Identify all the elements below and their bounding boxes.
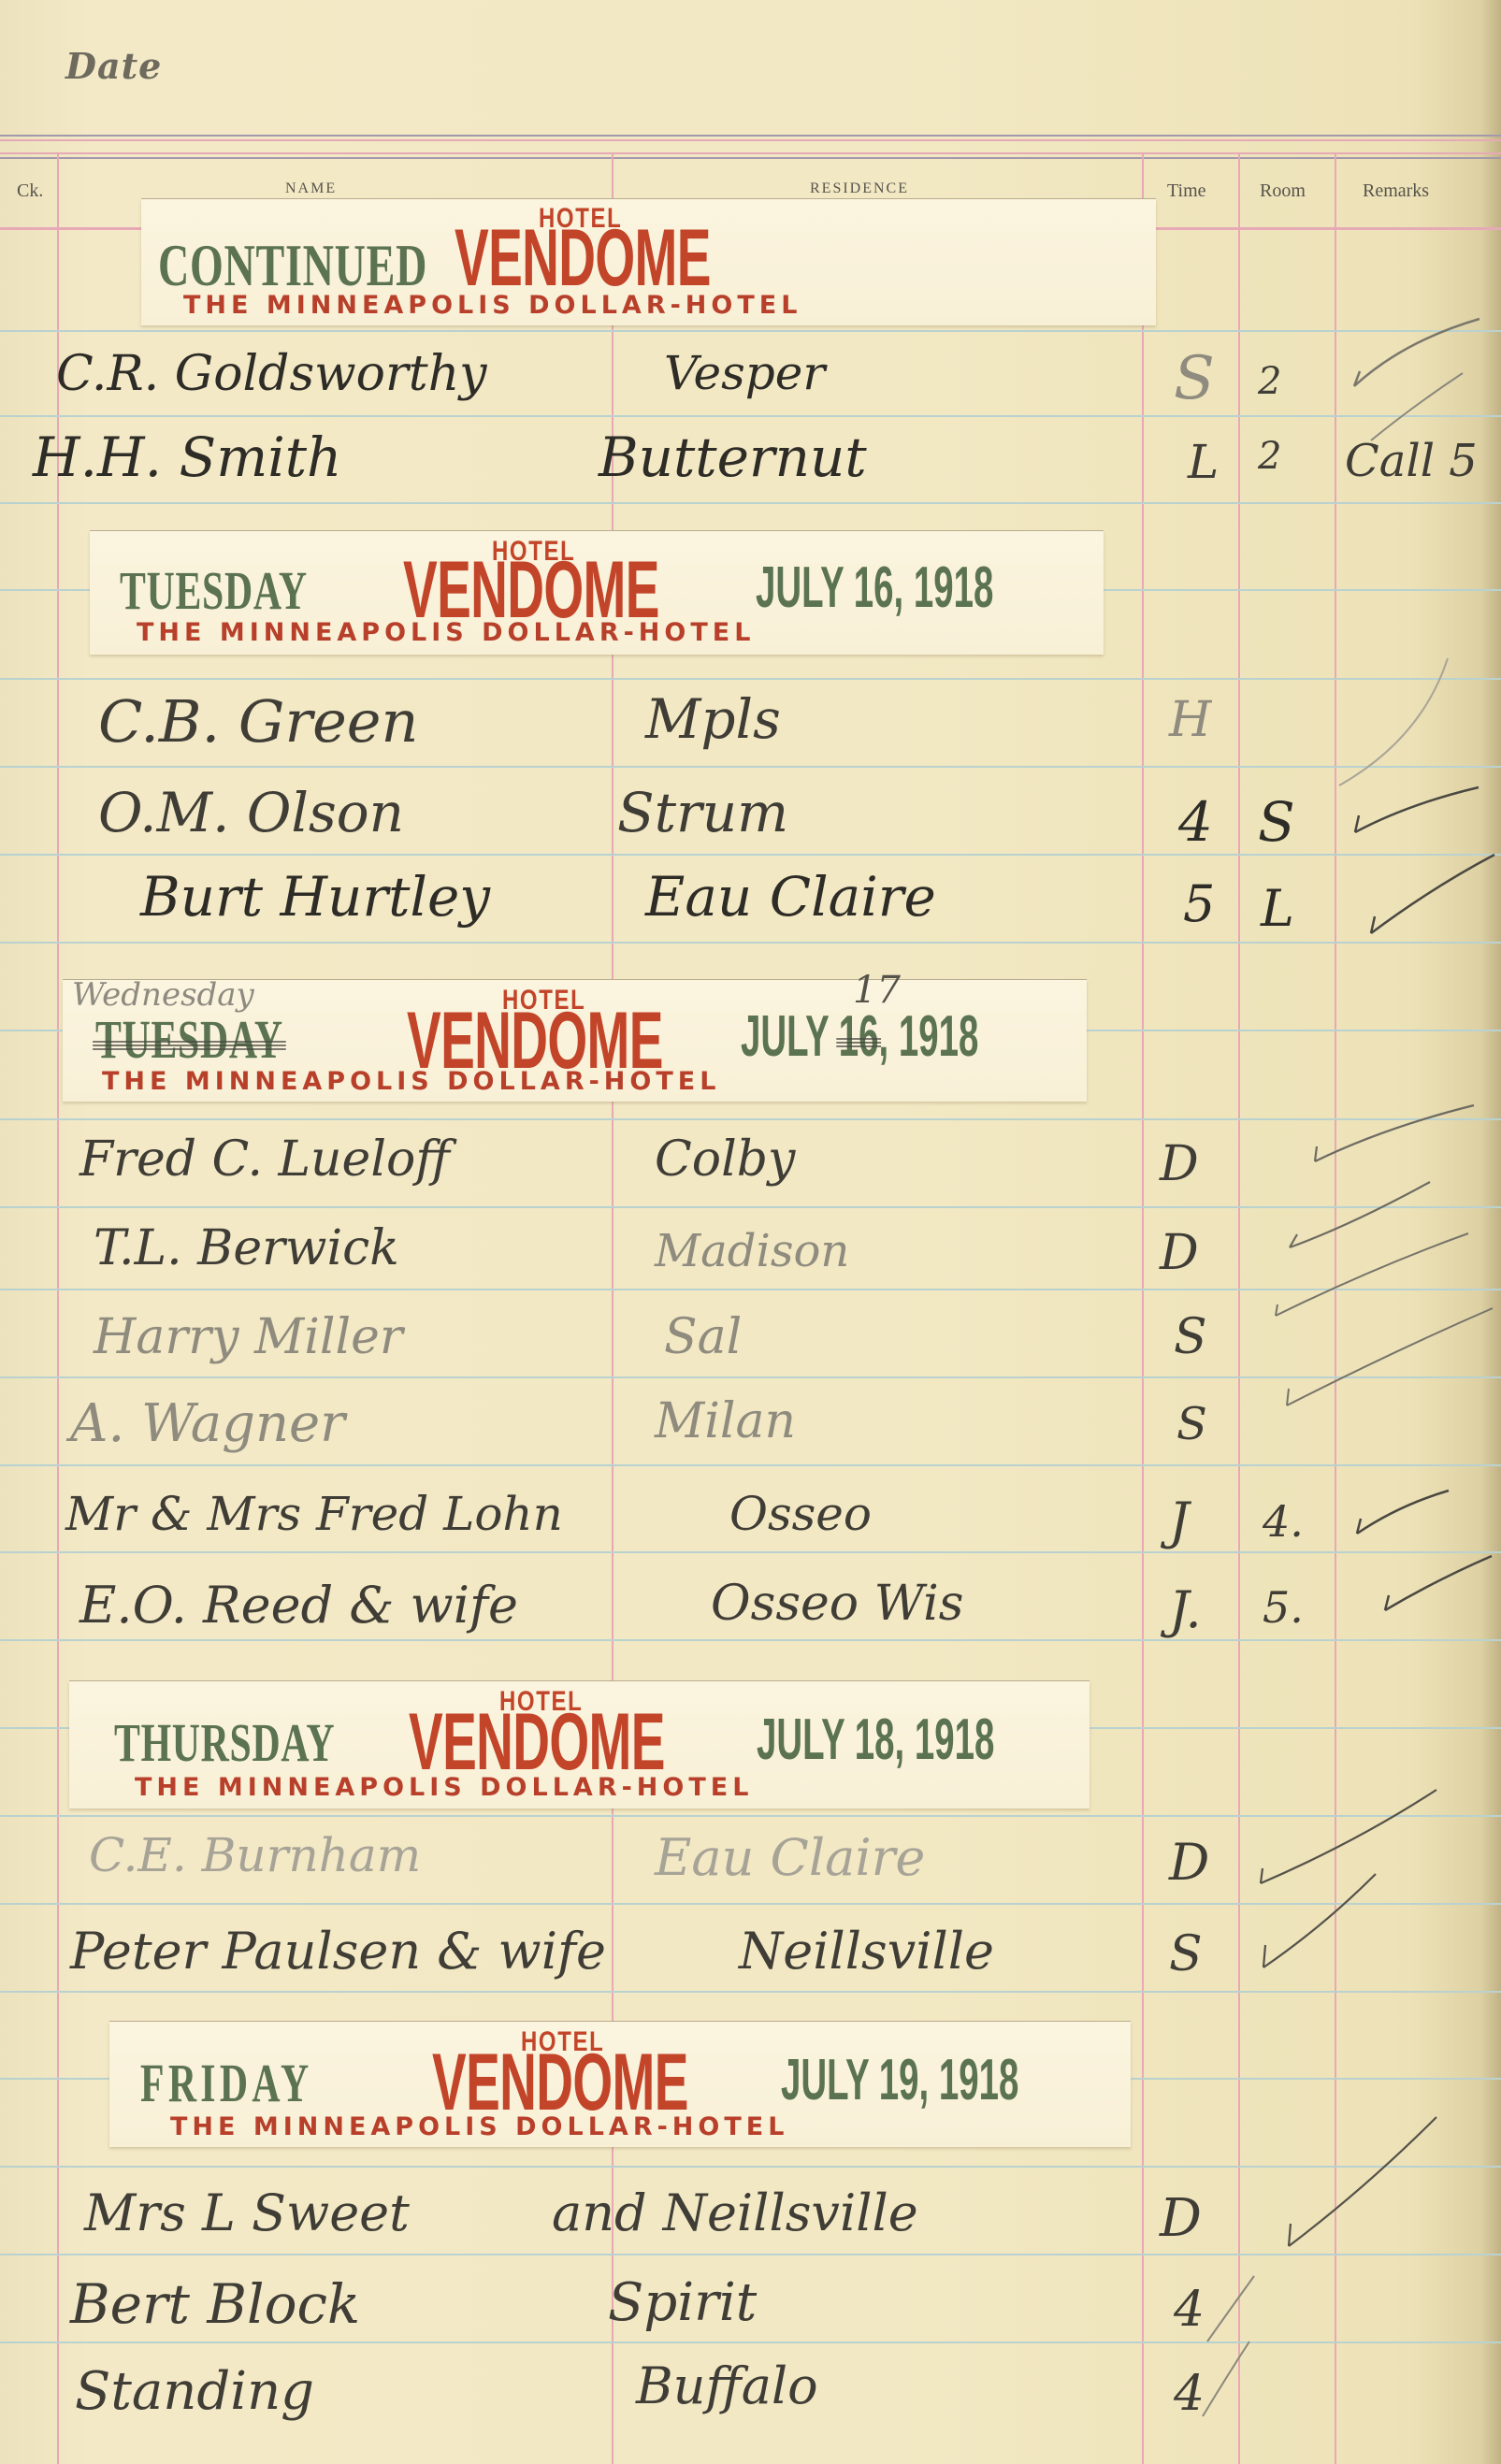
header-rule xyxy=(0,152,1501,154)
entry-residence: Mpls xyxy=(645,687,781,751)
entry-residence: Osseo xyxy=(729,1487,872,1541)
column-header-name: NAME xyxy=(285,180,337,197)
entry-name: C.R. Goldsworthy xyxy=(56,346,487,402)
stamp-day-struck: TUESDAY xyxy=(95,1008,283,1071)
entry-time: H xyxy=(1169,692,1211,748)
stamp-brand: VENDOME xyxy=(409,1702,665,1782)
column-divider xyxy=(1142,154,1144,2464)
stamp-date: JULY 19, 1918 xyxy=(781,2047,1018,2113)
entry-time: 4 xyxy=(1174,2282,1205,2338)
entry-name: Bert Block xyxy=(70,2272,360,2336)
stamp-thursday: THURSDAY HOTEL VENDOME JULY 18, 1918 THE… xyxy=(69,1681,1090,1808)
check-mark-icon xyxy=(1351,1487,1454,1543)
entry-room: S xyxy=(1258,790,1295,854)
entry-residence: Vesper xyxy=(664,346,825,400)
entry-time: J xyxy=(1169,1491,1190,1550)
entry-residence: Osseo Wis xyxy=(711,1576,963,1632)
entry-room: 2 xyxy=(1258,360,1281,403)
entry-residence: Colby xyxy=(655,1131,795,1188)
stamp-continued: CONTINUED HOTEL VENDOME THE MINNEAPOLIS … xyxy=(141,199,1156,325)
stamp-brand: VENDOME xyxy=(455,218,711,298)
stamp-tagline: THE MINNEAPOLIS DOLLAR-HOTEL xyxy=(102,1067,720,1096)
header-rule xyxy=(0,157,1501,159)
entry-residence: Milan xyxy=(655,1393,796,1449)
column-header-time: Time xyxy=(1167,180,1206,202)
entry-time: D xyxy=(1160,1225,1199,1281)
entry-residence: Spirit xyxy=(608,2272,757,2333)
entry-residence: Butternut xyxy=(599,425,867,489)
entry-room: 4. xyxy=(1263,1496,1304,1547)
check-mark-icon xyxy=(1281,2113,1440,2254)
stamp-wednesday: Wednesday TUESDAY HOTEL VENDOME JULY 16,… xyxy=(63,980,1087,1102)
entry-time: J. xyxy=(1169,1580,1202,1639)
date-struck: 16 xyxy=(839,1004,879,1069)
entry-time: S xyxy=(1169,1926,1203,1982)
stamp-date: JULY 16, 1918 xyxy=(741,1003,978,1070)
entry-room: L xyxy=(1261,879,1294,938)
stamp-tagline: THE MINNEAPOLIS DOLLAR-HOTEL xyxy=(183,291,801,320)
entry-name: Mr & Mrs Fred Lohn xyxy=(65,1487,563,1541)
entry-residence: Neillsville xyxy=(739,1922,994,1981)
check-mark-icon xyxy=(1365,851,1496,940)
check-mark-icon xyxy=(1309,1103,1478,1169)
date-correction-pencil: 17 xyxy=(853,969,901,1012)
header-rule xyxy=(0,135,1501,137)
entry-name: H.H. Smith xyxy=(33,425,341,489)
check-mark-icon xyxy=(1258,1870,1379,1973)
entry-name: C.B. Green xyxy=(98,687,418,756)
column-header-room: Room xyxy=(1260,180,1306,202)
entry-residence: Madison xyxy=(655,1225,849,1277)
check-mark-icon xyxy=(1197,2338,1253,2422)
column-header-residence: RESIDENCE xyxy=(810,180,909,197)
entry-room: 2 xyxy=(1258,435,1281,478)
entry-residence: Sal xyxy=(664,1309,742,1365)
entry-name: Mrs L Sweet xyxy=(84,2183,410,2242)
stamp-date: JULY 18, 1918 xyxy=(757,1707,994,1773)
column-header-remarks: Remarks xyxy=(1363,180,1429,202)
entry-time: 5 xyxy=(1183,874,1215,933)
entry-name: A. Wagner xyxy=(70,1393,345,1454)
entry-name: Fred C. Lueloff xyxy=(79,1131,450,1188)
entry-time: D xyxy=(1169,1833,1209,1892)
stamp-tagline: THE MINNEAPOLIS DOLLAR-HOTEL xyxy=(170,2112,788,2141)
entry-residence: Buffalo xyxy=(636,2356,818,2415)
entry-name: T.L. Berwick xyxy=(94,1220,399,1276)
entry-time: S xyxy=(1174,344,1215,413)
stamp-friday: FRIDAY HOTEL VENDOME JULY 19, 1918 THE M… xyxy=(109,2022,1131,2147)
stamp-brand: VENDOME xyxy=(432,2042,688,2123)
check-mark-icon xyxy=(1379,1552,1496,1618)
entry-name: C.E. Burnham xyxy=(89,1828,421,1882)
check-mark-icon xyxy=(1365,369,1468,444)
stamp-tuesday: TUESDAY HOTEL VENDOME JULY 16, 1918 THE … xyxy=(90,531,1104,655)
entry-residence: and Neillsville xyxy=(552,2183,918,2242)
entry-time: S xyxy=(1176,1398,1207,1450)
entry-room: 5. xyxy=(1263,1582,1304,1633)
entry-name: Burt Hurtley xyxy=(140,865,490,929)
check-mark-icon xyxy=(1351,785,1482,842)
stamp-tagline: THE MINNEAPOLIS DOLLAR-HOTEL xyxy=(135,1773,753,1802)
entry-time: L xyxy=(1188,435,1219,489)
stamp-date: JULY 16, 1918 xyxy=(756,555,993,621)
column-header-ck: Ck. xyxy=(17,180,43,202)
stamp-day: TUESDAY xyxy=(120,559,308,622)
column-divider xyxy=(57,154,59,2464)
stamp-day: CONTINUED xyxy=(158,231,427,300)
entry-residence: Strum xyxy=(617,781,788,844)
entry-residence: Eau Claire xyxy=(645,865,936,929)
entry-time: D xyxy=(1160,1136,1199,1192)
header-rule xyxy=(0,139,1501,141)
date-heading: Date xyxy=(65,45,162,87)
stamp-tagline: THE MINNEAPOLIS DOLLAR-HOTEL xyxy=(137,618,755,647)
entry-residence: Eau Claire xyxy=(655,1828,925,1887)
stamp-day: FRIDAY xyxy=(140,2052,312,2114)
check-mark-icon xyxy=(1328,655,1459,795)
entry-name: Peter Paulsen & wife xyxy=(70,1922,606,1981)
entry-time: 4 xyxy=(1178,790,1213,854)
entry-name: Harry Miller xyxy=(94,1309,403,1365)
entry-name: Standing xyxy=(75,2361,314,2422)
check-mark-icon xyxy=(1281,1304,1496,1412)
entry-time: S xyxy=(1174,1309,1207,1365)
column-divider xyxy=(1238,154,1240,2464)
entry-name: E.O. Reed & wife xyxy=(79,1576,518,1635)
stamp-day: THURSDAY xyxy=(114,1711,335,1774)
entry-name: O.M. Olson xyxy=(98,781,404,844)
entry-time: D xyxy=(1160,2188,1202,2249)
check-mark-icon xyxy=(1202,2272,1258,2347)
